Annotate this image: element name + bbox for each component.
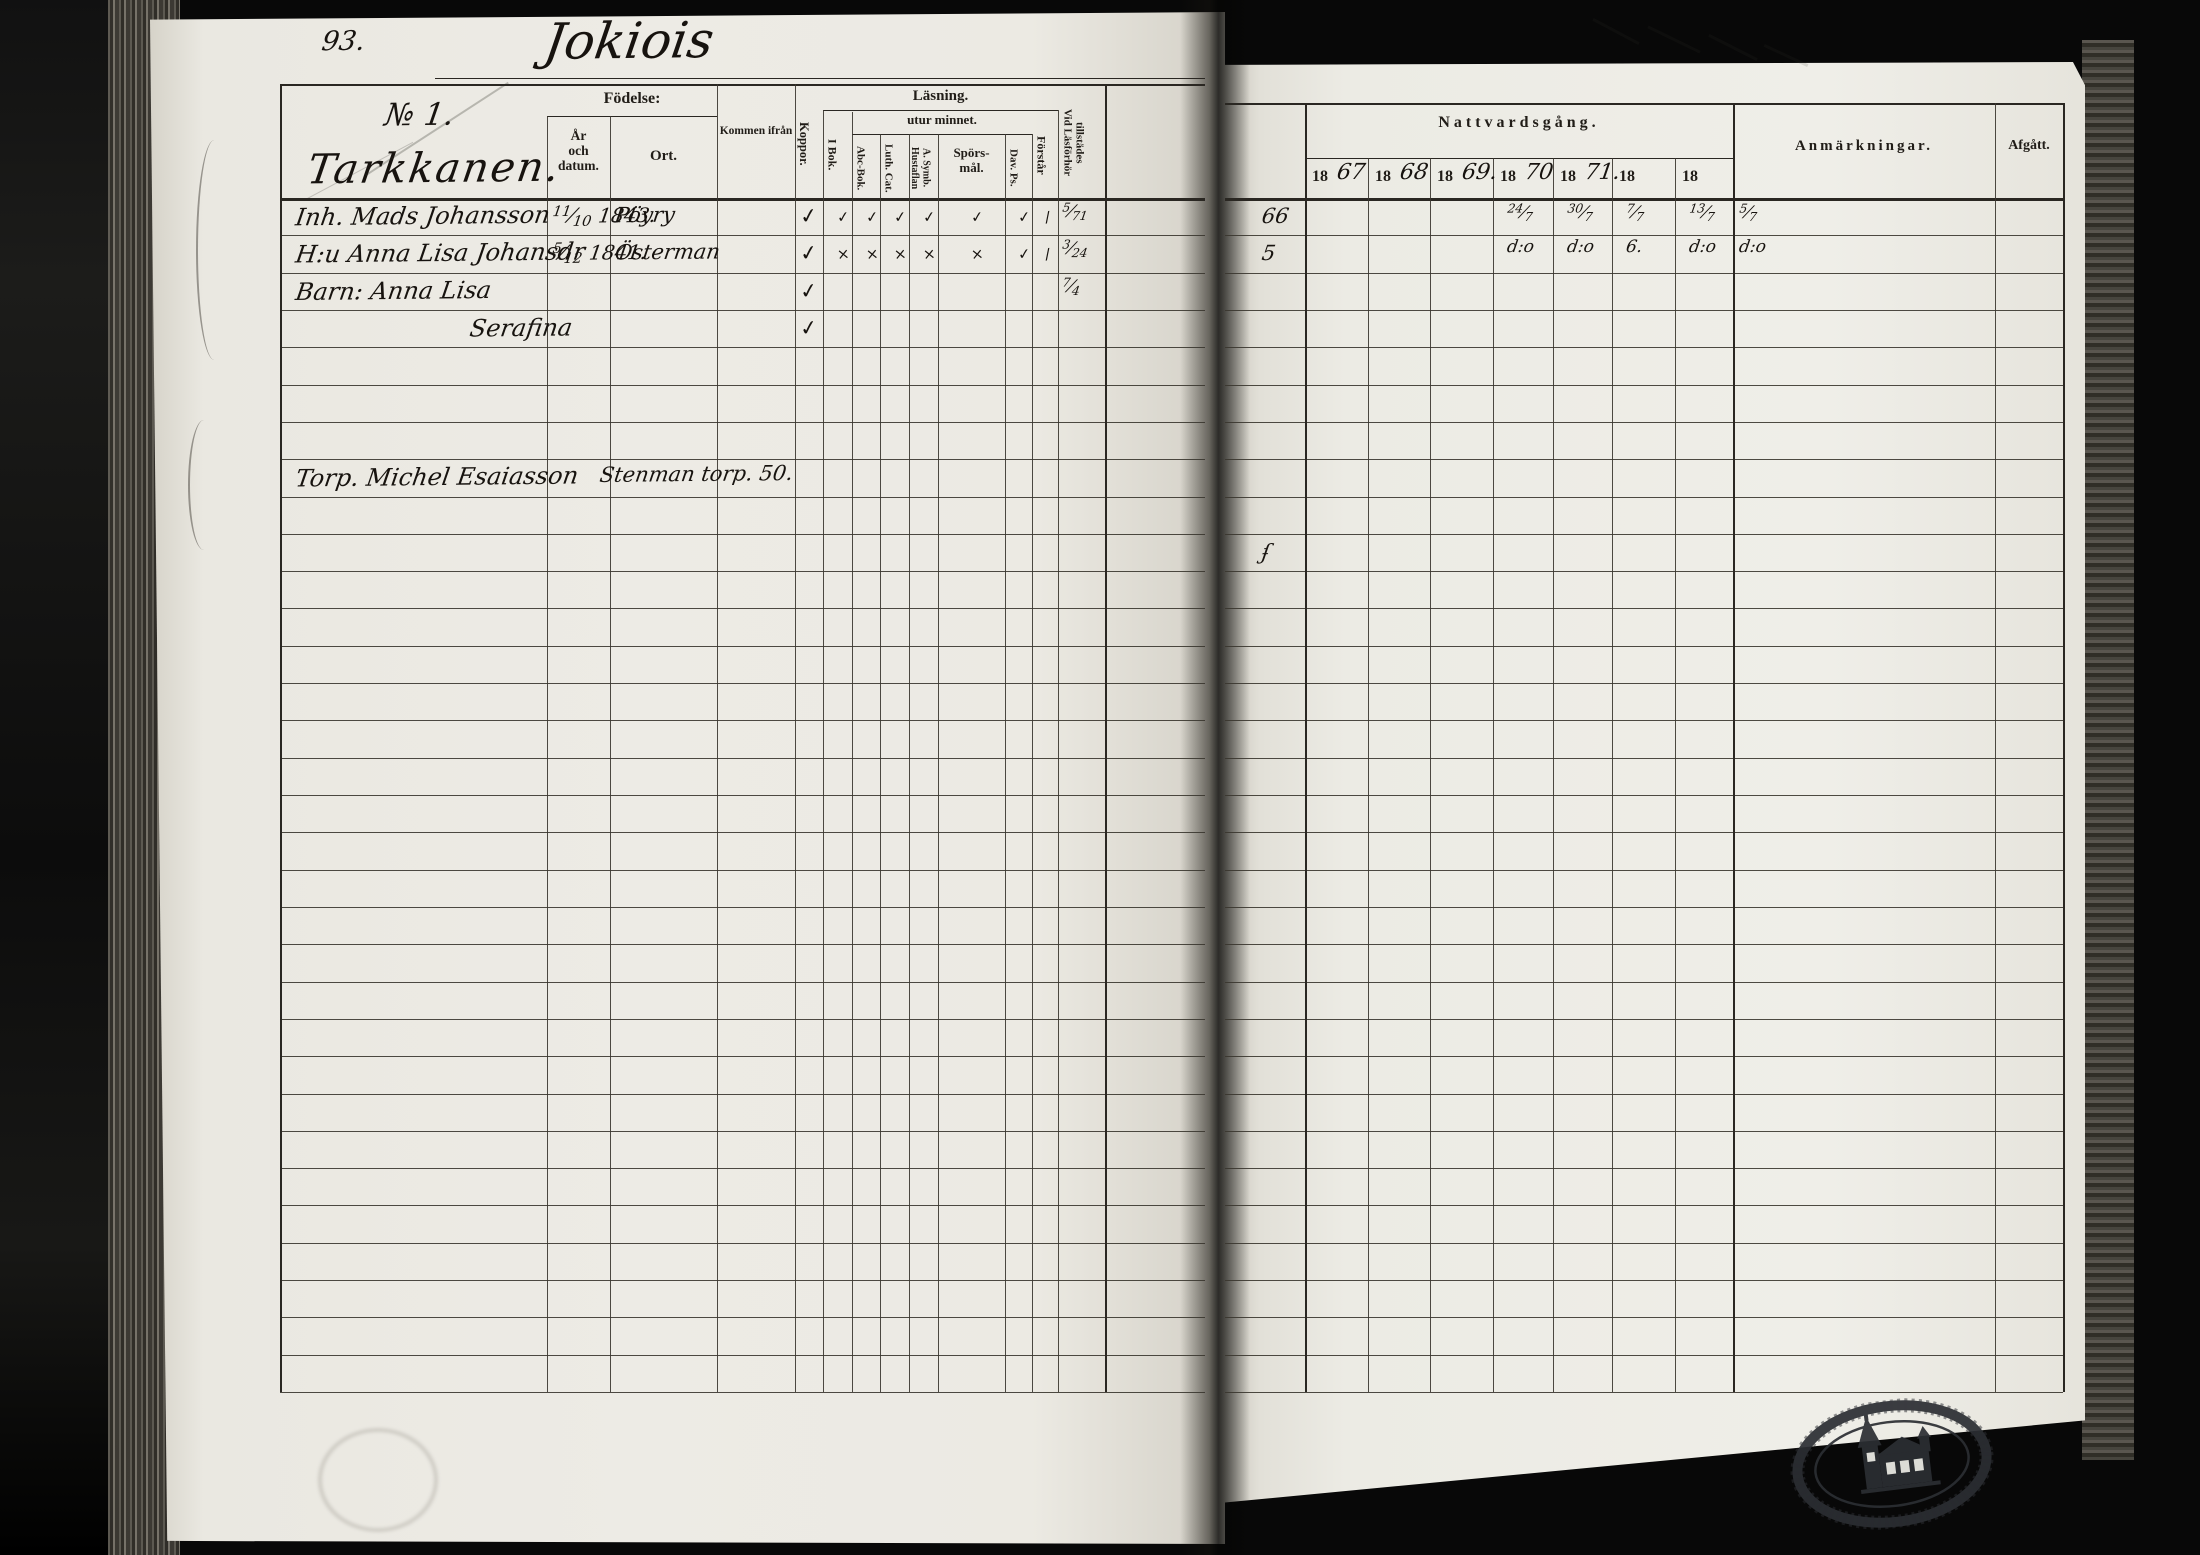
record-number: № 1. [383,100,456,132]
table-column-line [2063,103,2065,1392]
year-printed-18: 18 [1375,168,1399,186]
faint-pencil-inscription [1592,18,1639,45]
table-header-line [547,116,717,117]
table-column-line [795,84,796,1392]
table-column-line [1032,134,1033,1392]
communion-date: 30⁄7 [1565,202,1594,223]
header-utur-minnet: utur minnet. [852,113,1032,128]
entry-name: H:u Anna Lisa Johansdr [294,240,587,267]
header-kommen-ifran: Kommen ifrån [717,125,795,138]
pencil-arc-mark [188,420,226,550]
table-row-line [280,571,1205,572]
book-photo: 93. Jokiois № 1. Tarkkanen. Födelse: År … [0,0,2200,1555]
entry-name: Serafina [468,315,574,340]
communion-date-overflow: 5⁄7 [1737,202,1759,223]
table-row-line [1225,497,2063,498]
table-column-line [1058,110,1059,1392]
reading-mark: ✓ [922,209,936,225]
entry-name: Inh. Mads Johansson [294,203,552,230]
table-header-line [280,84,1205,86]
table-row-line [280,273,1205,274]
table-row-line [1225,870,2063,871]
table-column-line [880,134,881,1392]
communion-date: 24⁄7 [1505,202,1534,223]
reading-mark: ✓ [1017,209,1031,225]
table-row-line [1225,310,2063,311]
header-i-bok: I Bok. [825,115,849,195]
year-printed-18: 18 [1619,168,1643,186]
table-row-line [1225,1280,2063,1281]
communion-date: 6. [1625,239,1644,256]
koppor-checkmark: ✓ [799,280,819,303]
table-row-line [1225,1317,2063,1318]
year-written-67: 67 [1335,162,1366,184]
page-number: 93. [320,28,367,55]
header-ort: Ort. [612,148,715,165]
table-row-line [1225,982,2063,983]
table-header-line [435,78,1205,79]
table-row-line [1225,385,2063,386]
table-row-line [1225,571,2063,572]
year-printed-18: 18 [1500,168,1524,186]
year-written-68: 68 [1398,162,1429,184]
table-row-line [1225,347,2063,348]
table-column-line [1995,103,1996,1392]
header-luth-cat: Luth. Cat. [882,139,906,197]
table-row-line [1225,832,2063,833]
table-column-line [1105,84,1107,1392]
header-nattvardsgang: Nattvardsgång. [1305,114,1733,132]
reading-mark: ✓ [893,209,907,225]
faint-pencil-inscription [1647,25,1700,53]
table-row-line [280,459,1205,460]
entry-birth-place: Pöyry [613,205,676,227]
table-row-line [280,795,1205,796]
table-row-line [280,385,1205,386]
table-row-line [1225,459,2063,460]
communion-date-overflow: d:o [1738,239,1767,256]
vid-lasforhor-value: 7⁄4 [1060,276,1082,297]
communion-date: d:o [1688,239,1717,256]
table-row-line [1225,795,2063,796]
page-stack-edge-right [2082,40,2134,1460]
table-row-line [1225,683,2063,684]
table-row-line [280,310,1205,311]
table-row-line [280,870,1205,871]
year-written-70: 70 [1523,162,1554,184]
reading-mark: × [922,247,936,263]
table-column-line [909,134,910,1392]
table-row-line [1225,1168,2063,1169]
header-fodelse: Födelse: [549,90,715,108]
entry-name: Barn: Anna Lisa [294,278,493,304]
year-printed-18: 18 [1682,168,1706,186]
table-column-line [717,84,718,1392]
year-written-69.: 69. [1460,162,1498,184]
header-ar-och-datum: År och datum. [549,128,608,173]
table-row-line [280,1392,1205,1393]
table-row-line [280,534,1205,535]
table-row-line [280,347,1205,348]
table-row-line [280,907,1205,908]
year-printed-18: 18 [1437,168,1461,186]
table-header-line [1225,103,2063,105]
family-surname: Tarkkanen. [305,147,564,191]
table-column-line [610,116,611,1392]
table-row-line [280,1243,1205,1244]
table-column-line [1675,158,1676,1392]
table-row-line [1225,534,2063,535]
year-printed-18: 18 [1312,168,1336,186]
table-header-line [1305,158,1733,159]
table-row-line [280,720,1205,721]
table-row-line [1225,944,2063,945]
church-icon [1851,1403,1940,1494]
table-header-line [1225,198,2063,201]
table-row-line [1225,235,2063,236]
reading-mark: × [865,247,879,263]
table-row-line [280,1168,1205,1169]
faint-pencil-inscription [1708,34,1757,61]
table-row-line [280,646,1205,647]
table-column-line [1305,103,1307,1392]
header-dav-ps: Dav. Ps. [1007,139,1031,197]
reading-mark: ✓ [865,209,879,225]
table-column-line [1493,158,1494,1392]
entry-place-note: Stenman torp. 50. [598,463,794,486]
table-row-line [280,758,1205,759]
vid-lasforhor-value: 5⁄71 [1060,201,1089,222]
table-column-line [938,134,939,1392]
table-row-line [280,683,1205,684]
table-row-line [1225,608,2063,609]
vid-lasforhor-value: 3⁄24 [1060,238,1089,259]
table-column-line [1430,158,1431,1392]
table-row-line [1225,907,2063,908]
communion-date: 7⁄7 [1624,202,1646,223]
table-row-line [280,1280,1205,1281]
reading-mark: ✓ [970,209,984,225]
table-row-line [280,832,1205,833]
communion-date: d:o [1506,239,1535,256]
reading-mark: × [836,247,850,263]
table-row-line [280,497,1205,498]
parish-title-script: Jokiois [541,15,717,67]
communion-date: d:o [1566,239,1595,256]
table-row-line [1225,1131,2063,1132]
reading-mark: × [893,247,907,263]
table-row-line [280,944,1205,945]
table-column-line [823,110,824,1392]
year-printed-18: 18 [1560,168,1584,186]
table-row-line [1225,720,2063,721]
right-page [1225,62,2085,1504]
table-row-line [1225,273,2063,274]
table-row-line [1225,758,2063,759]
table-row-line [280,1317,1205,1318]
book-cover-edge [0,0,120,1555]
header-sporsmal: Spörs- mål. [938,146,1005,175]
table-row-line [280,1131,1205,1132]
table-row-line [280,1019,1205,1020]
table-row-line [280,1056,1205,1057]
table-row-line [1225,1355,2063,1356]
table-column-line [852,112,853,1392]
entry-name: Torp. Michel Esaiasson [294,464,580,491]
table-column-line [1005,134,1006,1392]
header-anmarkningar: Anmärkningar. [1733,138,1995,155]
header-hustaflan-symb: Hustaflan A. Symb. [909,139,936,197]
table-column-line [1368,158,1369,1392]
year-written-71.: 71. [1583,162,1621,184]
header-vid-lasforhor: Vid Läsförhör tillstädes [1061,90,1103,196]
church-seal-stamp [1783,1388,2001,1540]
header-abc-bok: Abc-Bok. [854,139,878,197]
header-afgatt: Afgått. [1995,138,2063,154]
entry-birth-place: Österman [613,242,721,264]
reading-mark: ✓ [836,209,850,225]
koppor-checkmark: ✓ [799,242,819,265]
table-row-line [280,982,1205,983]
header-lasning: Läsning. [823,88,1058,105]
table-row-line [1225,1056,2063,1057]
table-row-line [1225,1094,2063,1095]
faint-stamp-ghost [318,1428,438,1532]
table-row-line [1225,422,2063,423]
koppor-checkmark: ✓ [799,317,819,340]
table-column-line [1612,158,1613,1392]
table-row-line [280,608,1205,609]
margin-number: 66 [1260,206,1290,227]
header-forstar: Förstår [1034,115,1058,195]
table-column-line [1733,103,1735,1392]
table-row-line [1225,1243,2063,1244]
table-row-line [1225,1019,2063,1020]
table-row-line [1225,646,2063,647]
reading-mark: × [970,247,984,263]
table-row-line [280,1355,1205,1356]
book-gutter-shadow [1180,0,1250,1555]
table-column-line [1553,158,1554,1392]
communion-date: 13⁄7 [1687,202,1716,223]
table-header-line [823,110,1058,111]
table-column-line [547,116,548,1392]
table-row-line [280,1205,1205,1206]
table-column-line [280,84,282,1392]
pencil-arc-mark [196,140,240,360]
header-koppor: Koppor. [797,92,821,196]
table-row-line [280,422,1205,423]
table-row-line [280,1094,1205,1095]
table-row-line [1225,1205,2063,1206]
koppor-checkmark: ✓ [799,205,819,228]
reading-mark: ✓ [1017,247,1031,263]
